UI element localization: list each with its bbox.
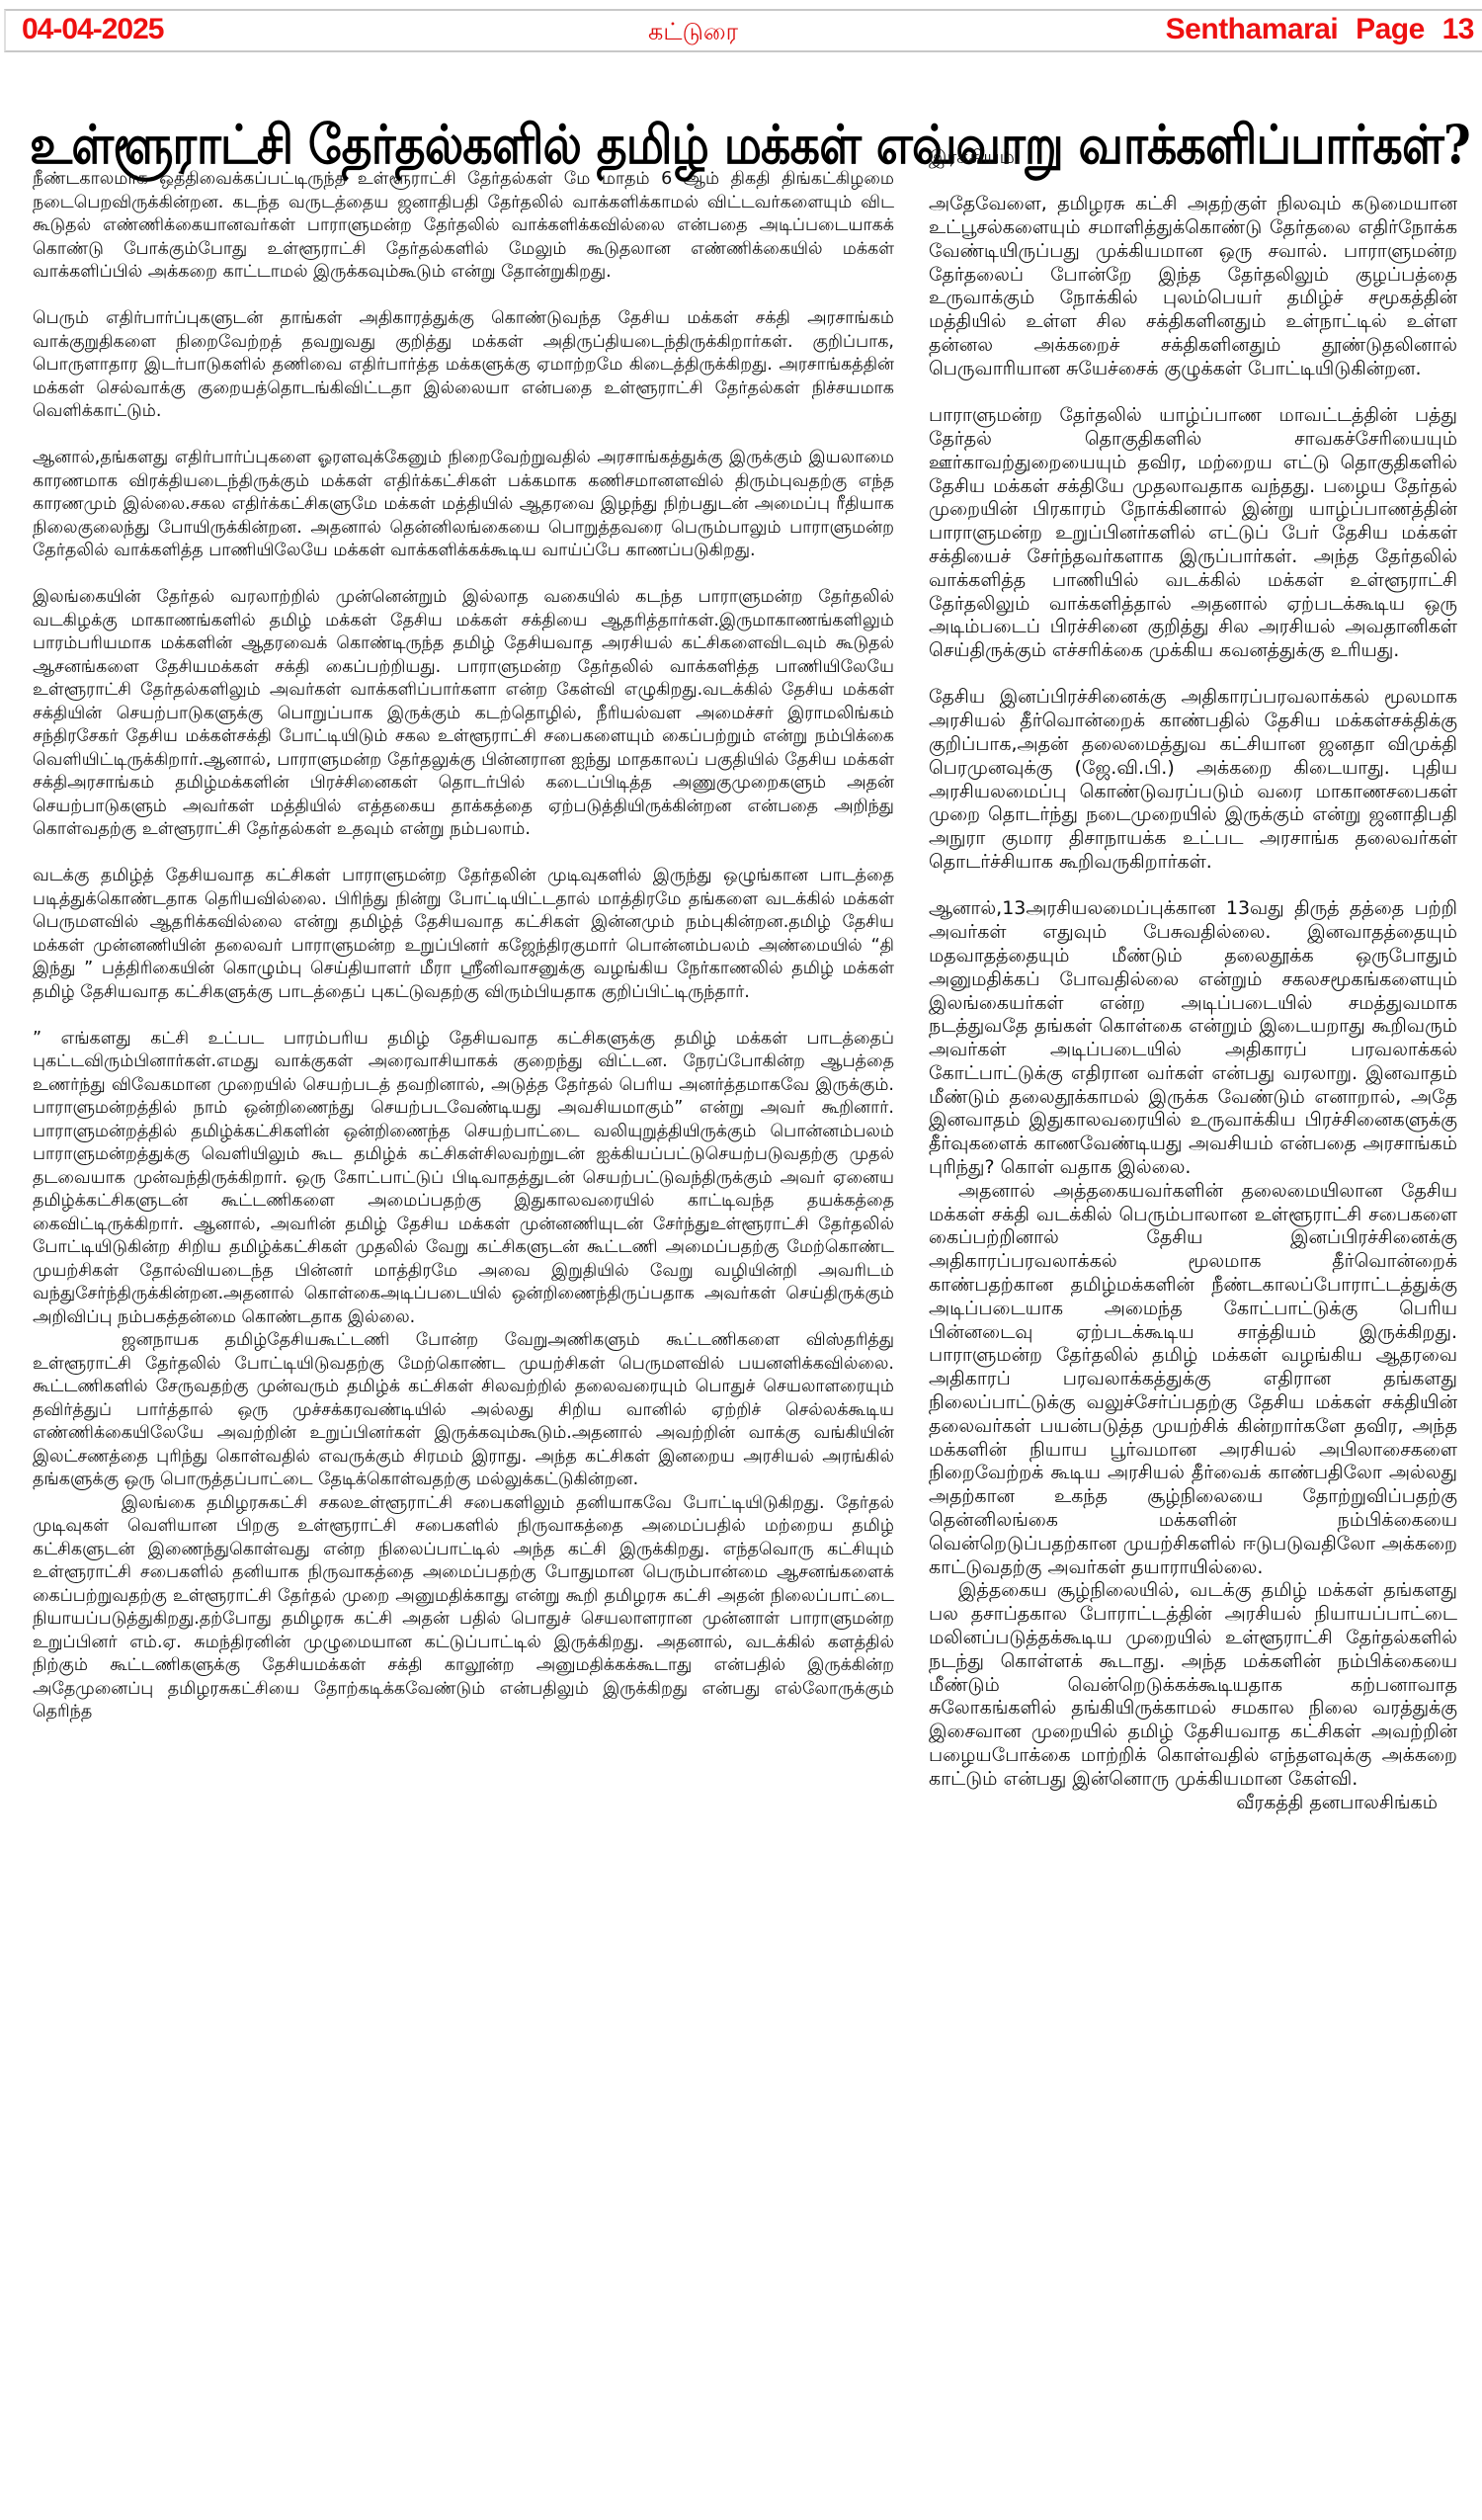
paragraph: ஜனநாயக தமிழ்தேசியகூட்டணி போன்ற வேறுஅணிகள… [33, 1329, 894, 1492]
paragraph: இலங்கை தமிழரசுகட்சி சகலஉள்ளூராட்சி சபைகள… [33, 1492, 894, 1724]
issue-date: 04-04-2025 [22, 13, 163, 46]
paragraph: வடக்கு தமிழ்த் தேசியவாத கட்சிகள் பாராளும… [33, 865, 894, 1004]
paragraph: இலங்கையின் தேர்தல் வரலாற்றில் முன்னென்று… [33, 586, 894, 842]
section-label: கட்டுரை [648, 18, 738, 48]
publication-page-label: Senthamarai Page 13 [1166, 13, 1474, 46]
paragraph: தேசிய இனப்பிரச்சினைக்கு அதிகாரப்பரவலாக்க… [929, 686, 1457, 874]
paragraph: ஆனால்,தங்களது எதிர்பார்ப்புகளை ஓரளவுக்கே… [33, 447, 894, 563]
article-column-right: இரகசியம். அதேவேளை, தமிழரசு கட்சி அதற்குள… [929, 146, 1457, 1838]
paragraph: பெரும் எதிர்பார்ப்புகளுடன் தாங்கள் அதிகா… [33, 307, 894, 424]
paragraph: ” எங்களது கட்சி உட்பட பாரம்பரிய தமிழ் தே… [33, 1028, 894, 1330]
author-byline: வீரகத்தி தனபாலசிங்கம் [929, 1792, 1457, 1815]
paragraph: அதனால் அத்தகையவர்களின் தலைமையிலான தேசிய … [929, 1180, 1457, 1580]
paragraph: இரகசியம். [929, 146, 1457, 170]
paragraph: பாராளுமன்ற தேர்தலில் யாழ்ப்பாண மாவட்டத்த… [929, 404, 1457, 663]
paragraph: அதேவேளை, தமிழரசு கட்சி அதற்குள் நிலவும் … [929, 193, 1457, 380]
page-header: 04-04-2025 கட்டுரை Senthamarai Page 13 [4, 9, 1482, 52]
paragraph: ஆனால்,13அரசியலமைப்புக்கான 13வது திருத் த… [929, 897, 1457, 1180]
paragraph: நீண்டகாலமாக ஒத்திவைக்கப்பட்டிருந்த உள்ளூ… [33, 168, 894, 285]
paragraph: இத்தகைய சூழ்நிலையில், வடக்கு தமிழ் மக்கள… [929, 1579, 1457, 1791]
article-column-left: நீண்டகாலமாக ஒத்திவைக்கப்பட்டிருந்த உள்ளூ… [33, 168, 894, 1724]
